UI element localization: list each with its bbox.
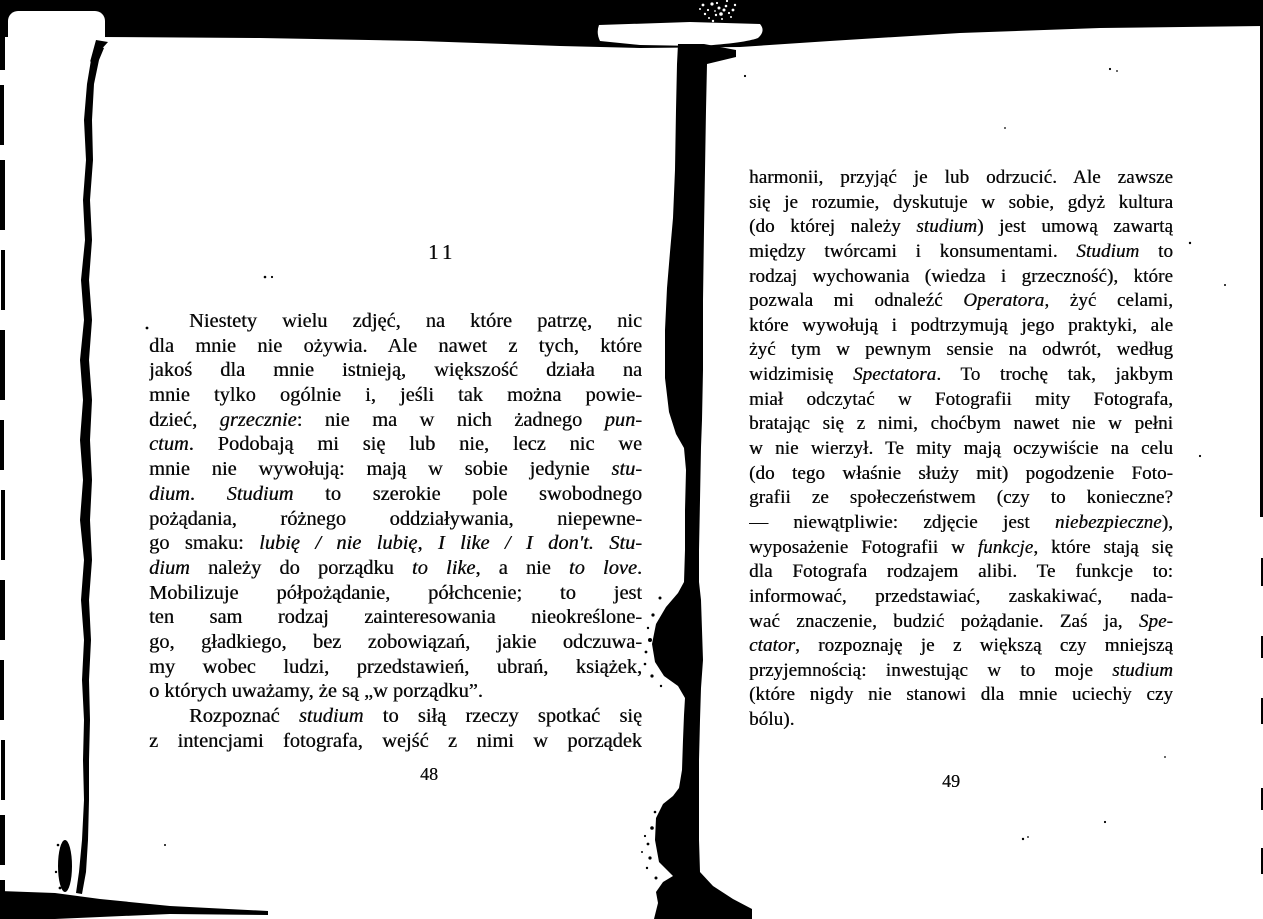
text-segment: wyposażenie Fotografii w	[749, 537, 978, 558]
text-segment: przyjemnością: inwestując w to moje	[749, 660, 1112, 681]
text-segment: , rozpoznaję je z większą czy mniejszą	[795, 635, 1173, 656]
page-number-right: 49	[942, 771, 960, 792]
text-line: grafii ze społeczeństwem (czy to koniecz…	[749, 486, 1173, 511]
text-segment: to	[1139, 241, 1173, 262]
text-segment: które wywołują i podtrzymują jego prakty…	[749, 315, 1173, 336]
italic-text-segment: studium	[916, 216, 977, 237]
right-page: harmonii, przyjąć je lub odrzucić. Ale z…	[0, 0, 1263, 919]
text-segment: rodzaj wychowania (wiedza i grzeczność),…	[749, 266, 1173, 287]
text-line: bratając się z nimi, choćbym nawet nie w…	[749, 412, 1173, 437]
text-line: żyć tym w pewnym sensie na odwrót, wedłu…	[749, 338, 1173, 363]
text-line: — niewątpliwie: zdjęcie jest niebezpiecz…	[749, 511, 1173, 536]
text-segment: miał odczytać w Fotografii mity Fotograf…	[749, 389, 1173, 410]
book-scan: 11 Niestety wielu zdjęć, na które patrzę…	[0, 0, 1263, 919]
text-segment: harmonii, przyjąć je lub odrzucić. Ale z…	[749, 167, 1173, 188]
italic-text-segment: Spectatora	[853, 364, 936, 385]
text-line: (do tego właśnie służy mit) pogodzenie F…	[749, 462, 1173, 487]
text-segment: — niewątpliwie: zdjęcie jest	[749, 512, 1055, 533]
text-line: (które nigdy nie stanowi dla mnie uciech…	[749, 683, 1173, 708]
text-segment: wać znaczenie, budzić pożądanie. Zaś ja,	[749, 611, 1139, 632]
text-line: wać znaczenie, budzić pożądanie. Zaś ja,…	[749, 610, 1173, 635]
text-line: wyposażenie Fotografii w funkcje, które …	[749, 536, 1173, 561]
text-line: przyjemnością: inwestując w to moje stud…	[749, 659, 1173, 684]
text-line: w nie wierzył. Te mity mają oczywiście n…	[749, 437, 1173, 462]
text-line: ctator, rozpoznaję je z większą czy mnie…	[749, 634, 1173, 659]
text-line: informować, przedstawiać, zaskakiwać, na…	[749, 585, 1173, 610]
text-segment: między twórcami i konsumentami.	[749, 241, 1076, 262]
text-line: dla Fotografa rodzajem alibi. Te funkcje…	[749, 560, 1173, 585]
text-segment: żyć tym w pewnym sensie na odwrót, wedłu…	[749, 339, 1173, 360]
text-segment: ),	[1162, 512, 1173, 533]
italic-text-segment: Spe-	[1139, 611, 1173, 632]
text-line: między twórcami i konsumentami. Studium …	[749, 240, 1173, 265]
italic-text-segment: Operatora	[963, 290, 1044, 311]
text-line: miał odczytać w Fotografii mity Fotograf…	[749, 388, 1173, 413]
text-segment: grafii ze społeczeństwem (czy to koniecz…	[749, 487, 1173, 508]
italic-text-segment: niebezpieczne	[1055, 512, 1162, 533]
text-segment: (które nigdy nie stanowi dla mnie uciech…	[749, 684, 1173, 705]
text-line: bólu).	[749, 708, 1173, 733]
text-segment: ) jest umową zawartą	[977, 216, 1173, 237]
text-line: pozwala mi odnaleźć Operatora, żyć celam…	[749, 289, 1173, 314]
text-line: widzimisię Spectatora. To trochę tak, ja…	[749, 363, 1173, 388]
italic-text-segment: studium	[1112, 660, 1173, 681]
text-line: (do której należy studium) jest umową za…	[749, 215, 1173, 240]
text-line: się je rozumie, dyskutuje w sobie, gdyż …	[749, 191, 1173, 216]
text-segment: . To trochę tak, jakbym	[936, 364, 1173, 385]
italic-text-segment: funkcje	[978, 537, 1034, 558]
italic-text-segment: ctator	[749, 635, 795, 656]
text-line: które wywołują i podtrzymują jego prakty…	[749, 314, 1173, 339]
text-segment: (do której należy	[749, 216, 916, 237]
text-segment: dla Fotografa rodzajem alibi. Te funkcje…	[749, 561, 1173, 582]
text-segment: w nie wierzył. Te mity mają oczywiście n…	[749, 438, 1173, 459]
text-segment: , które stają się	[1033, 537, 1173, 558]
italic-text-segment: Studium	[1076, 241, 1139, 262]
text-segment: (do tego właśnie służy mit) pogodzenie F…	[749, 463, 1173, 484]
text-segment: informować, przedstawiać, zaskakiwać, na…	[749, 586, 1173, 607]
text-line: rodzaj wychowania (wiedza i grzeczność),…	[749, 265, 1173, 290]
text-segment: pozwala mi odnaleźć	[749, 290, 963, 311]
text-segment: widzimisię	[749, 364, 853, 385]
text-segment: bratając się z nimi, choćbym nawet nie w…	[749, 413, 1173, 434]
text-segment: , żyć celami,	[1044, 290, 1173, 311]
text-segment: się je rozumie, dyskutuje w sobie, gdyż …	[749, 192, 1173, 213]
text-segment: bólu).	[749, 709, 794, 730]
text-line: harmonii, przyjąć je lub odrzucić. Ale z…	[749, 166, 1173, 191]
right-page-text: harmonii, przyjąć je lub odrzucić. Ale z…	[749, 166, 1173, 733]
